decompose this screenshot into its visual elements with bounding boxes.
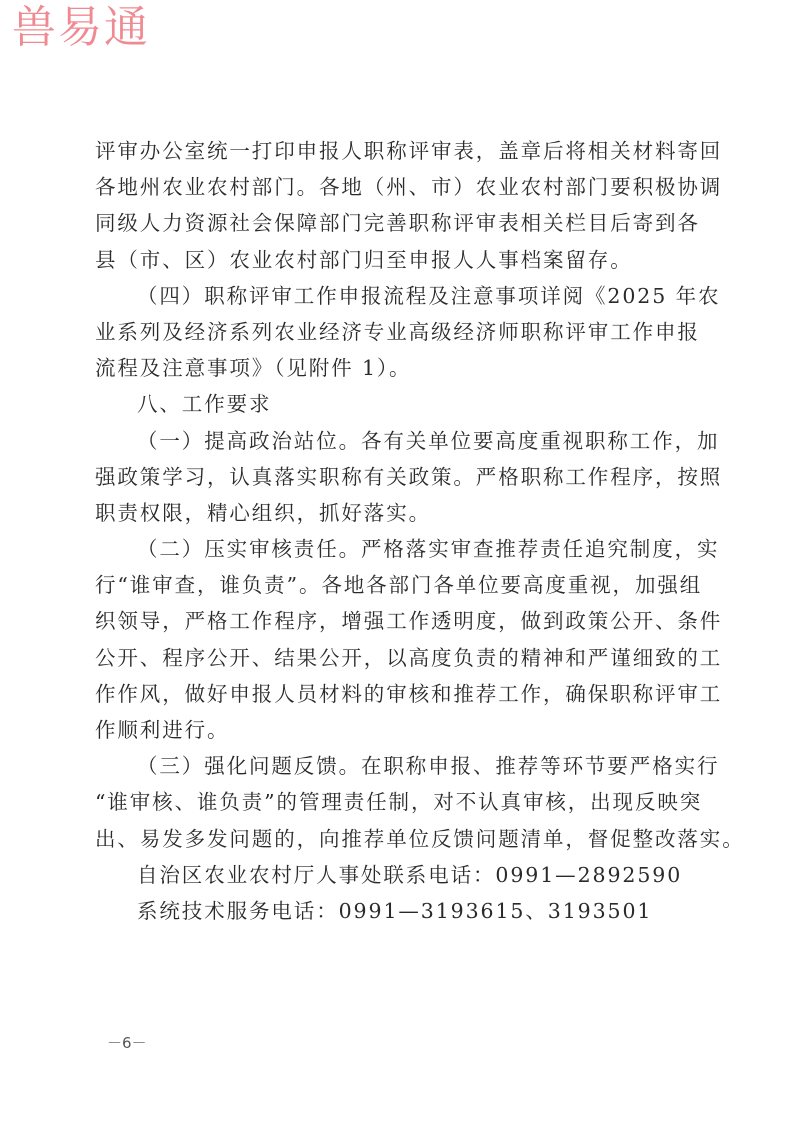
- section-heading: 八、工作要求: [95, 386, 690, 422]
- text-line: 业系列及经济系列农业经济专业高级经济师职称评审工作申报: [95, 314, 690, 350]
- contact-label: 系统技术服务电话：: [137, 899, 339, 923]
- text-line: 公开、程序公开、结果公开，以高度负责的精神和严谨细致的工: [95, 640, 690, 676]
- contact-label: 自治区农业农村厅人事处联系电话：: [137, 863, 495, 887]
- text-line: 县（市、区）农业农村部门归至申报人人事档案留存。: [95, 242, 690, 278]
- text-line: 行“谁审查，谁负责”。各地各部门各单位要高度重视，加强组: [95, 567, 690, 603]
- text-line: （四）职称评审工作申报流程及注意事项详阅《2025 年农: [95, 278, 690, 314]
- text-line: 强政策学习，认真落实职称有关政策。严格职称工作程序，按照: [95, 459, 690, 495]
- text-line: 同级人力资源社会保障部门完善职称评审表相关栏目后寄到各: [95, 205, 690, 241]
- contact-phone: 0991—3193615、3193501: [339, 899, 653, 923]
- text-line: （二）压实审核责任。严格落实审查推荐责任追究制度，实: [95, 531, 690, 567]
- page-number: －6－: [107, 1032, 147, 1053]
- contact-line-tech-support: 系统技术服务电话：0991—3193615、3193501: [95, 893, 690, 929]
- contact-line-personnel: 自治区农业农村厅人事处联系电话：0991—2892590: [95, 857, 690, 893]
- text-line: 出、易发多发问题的，向推荐单位反馈问题清单，督促整改落实。: [95, 821, 690, 857]
- document-body: 评审办公室统一打印申报人职称评审表，盖章后将相关材料寄回 各地州农业农村部门。各…: [95, 133, 690, 929]
- text-line: 各地州农业农村部门。各地（州、市）农业农村部门要积极协调: [95, 169, 690, 205]
- contact-phone: 0991—2892590: [495, 863, 682, 887]
- text-line: 评审办公室统一打印申报人职称评审表，盖章后将相关材料寄回: [95, 133, 690, 169]
- text-line: 作作风，做好申报人员材料的审核和推荐工作，确保职称评审工: [95, 676, 690, 712]
- text-line: 织领导，严格工作程序，增强工作透明度，做到政策公开、条件: [95, 603, 690, 639]
- text-line: 职责权限，精心组织，抓好落实。: [95, 495, 690, 531]
- text-line: 作顺利进行。: [95, 712, 690, 748]
- text-line: （三）强化问题反馈。在职称申报、推荐等环节要严格实行: [95, 748, 690, 784]
- watermark-logo: 兽易通: [12, 2, 150, 54]
- text-line: 流程及注意事项》（见附件 1）。: [95, 350, 690, 386]
- text-line: （一）提高政治站位。各有关单位要高度重视职称工作，加: [95, 423, 690, 459]
- text-line: “谁审核、谁负责”的管理责任制，对不认真审核，出现反映突: [95, 784, 690, 820]
